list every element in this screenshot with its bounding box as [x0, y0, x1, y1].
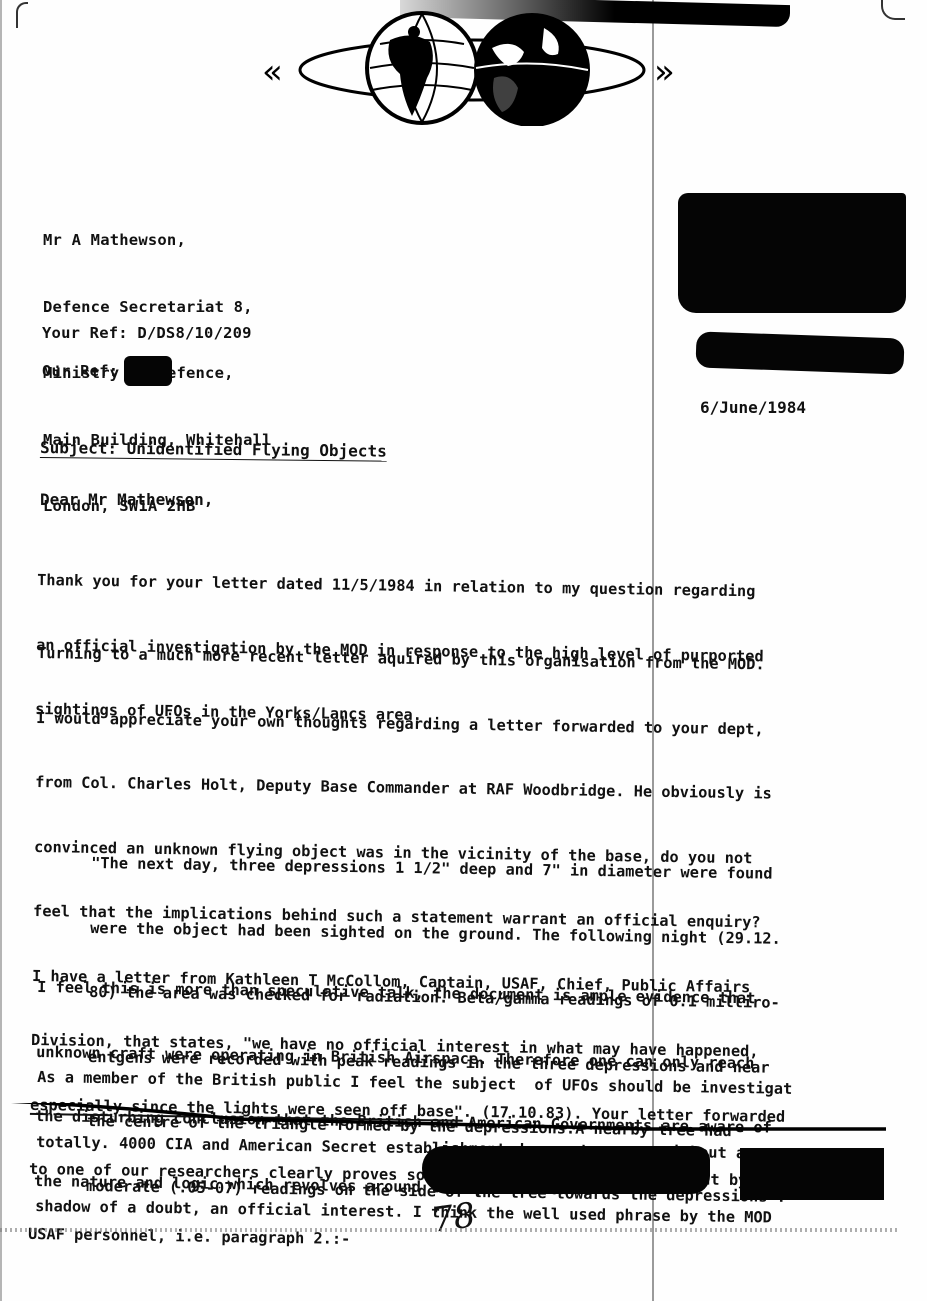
- page-number: 78: [429, 1195, 477, 1241]
- footer-rule: [6, 1103, 886, 1133]
- paragraph-line: from Col. Charles Holt, Deputy Base Comm…: [35, 772, 790, 805]
- redaction-sender-ref: [695, 331, 904, 374]
- paragraph-line: Turning to a much more recent letter aqu…: [37, 643, 792, 676]
- letter-date: 6/June/1984: [700, 398, 806, 417]
- paragraph-line: I feel this is more than speculative tal…: [37, 977, 774, 1010]
- svg-text:»: »: [654, 52, 675, 92]
- your-ref: Your Ref: D/DS8/10/209: [42, 322, 252, 344]
- svg-text:«: «: [262, 52, 283, 92]
- paragraph-line: "The next day, three depressions 1 1/2" …: [91, 853, 791, 885]
- twin-globes-orbit-logo-icon: « »: [262, 8, 682, 126]
- subject-line: Subject: Unidentified Flying Objects: [40, 438, 387, 461]
- paragraph-line: As a member of the British public I feel…: [37, 1067, 792, 1100]
- redaction-footer-right: [740, 1148, 884, 1200]
- our-ref-label: Our Ref:: [42, 360, 118, 382]
- paragraph-line: Thank you for your letter dated 11/5/198…: [37, 570, 765, 603]
- corner-mark: [16, 2, 28, 28]
- recipient-line: Defence Secretariat 8,: [43, 296, 272, 319]
- recipient-line: Mr A Mathewson,: [43, 229, 272, 252]
- corner-mark: [881, 0, 905, 20]
- scan-noise: [0, 1228, 900, 1232]
- redaction-sender-address: [678, 193, 906, 313]
- scan-edge: [0, 0, 2, 1301]
- redaction-our-ref: [124, 356, 172, 386]
- letter-page: « » Mr A Mathewson, Defence Secretariat …: [0, 0, 927, 1301]
- salutation: Dear Mr Mathewson,: [40, 490, 213, 509]
- redaction-footer-left: [422, 1146, 710, 1194]
- paragraph-line: I would appreciate your own thoughts reg…: [36, 707, 791, 740]
- paragraph-line: shadow of a doubt, an official interest.…: [35, 1196, 790, 1229]
